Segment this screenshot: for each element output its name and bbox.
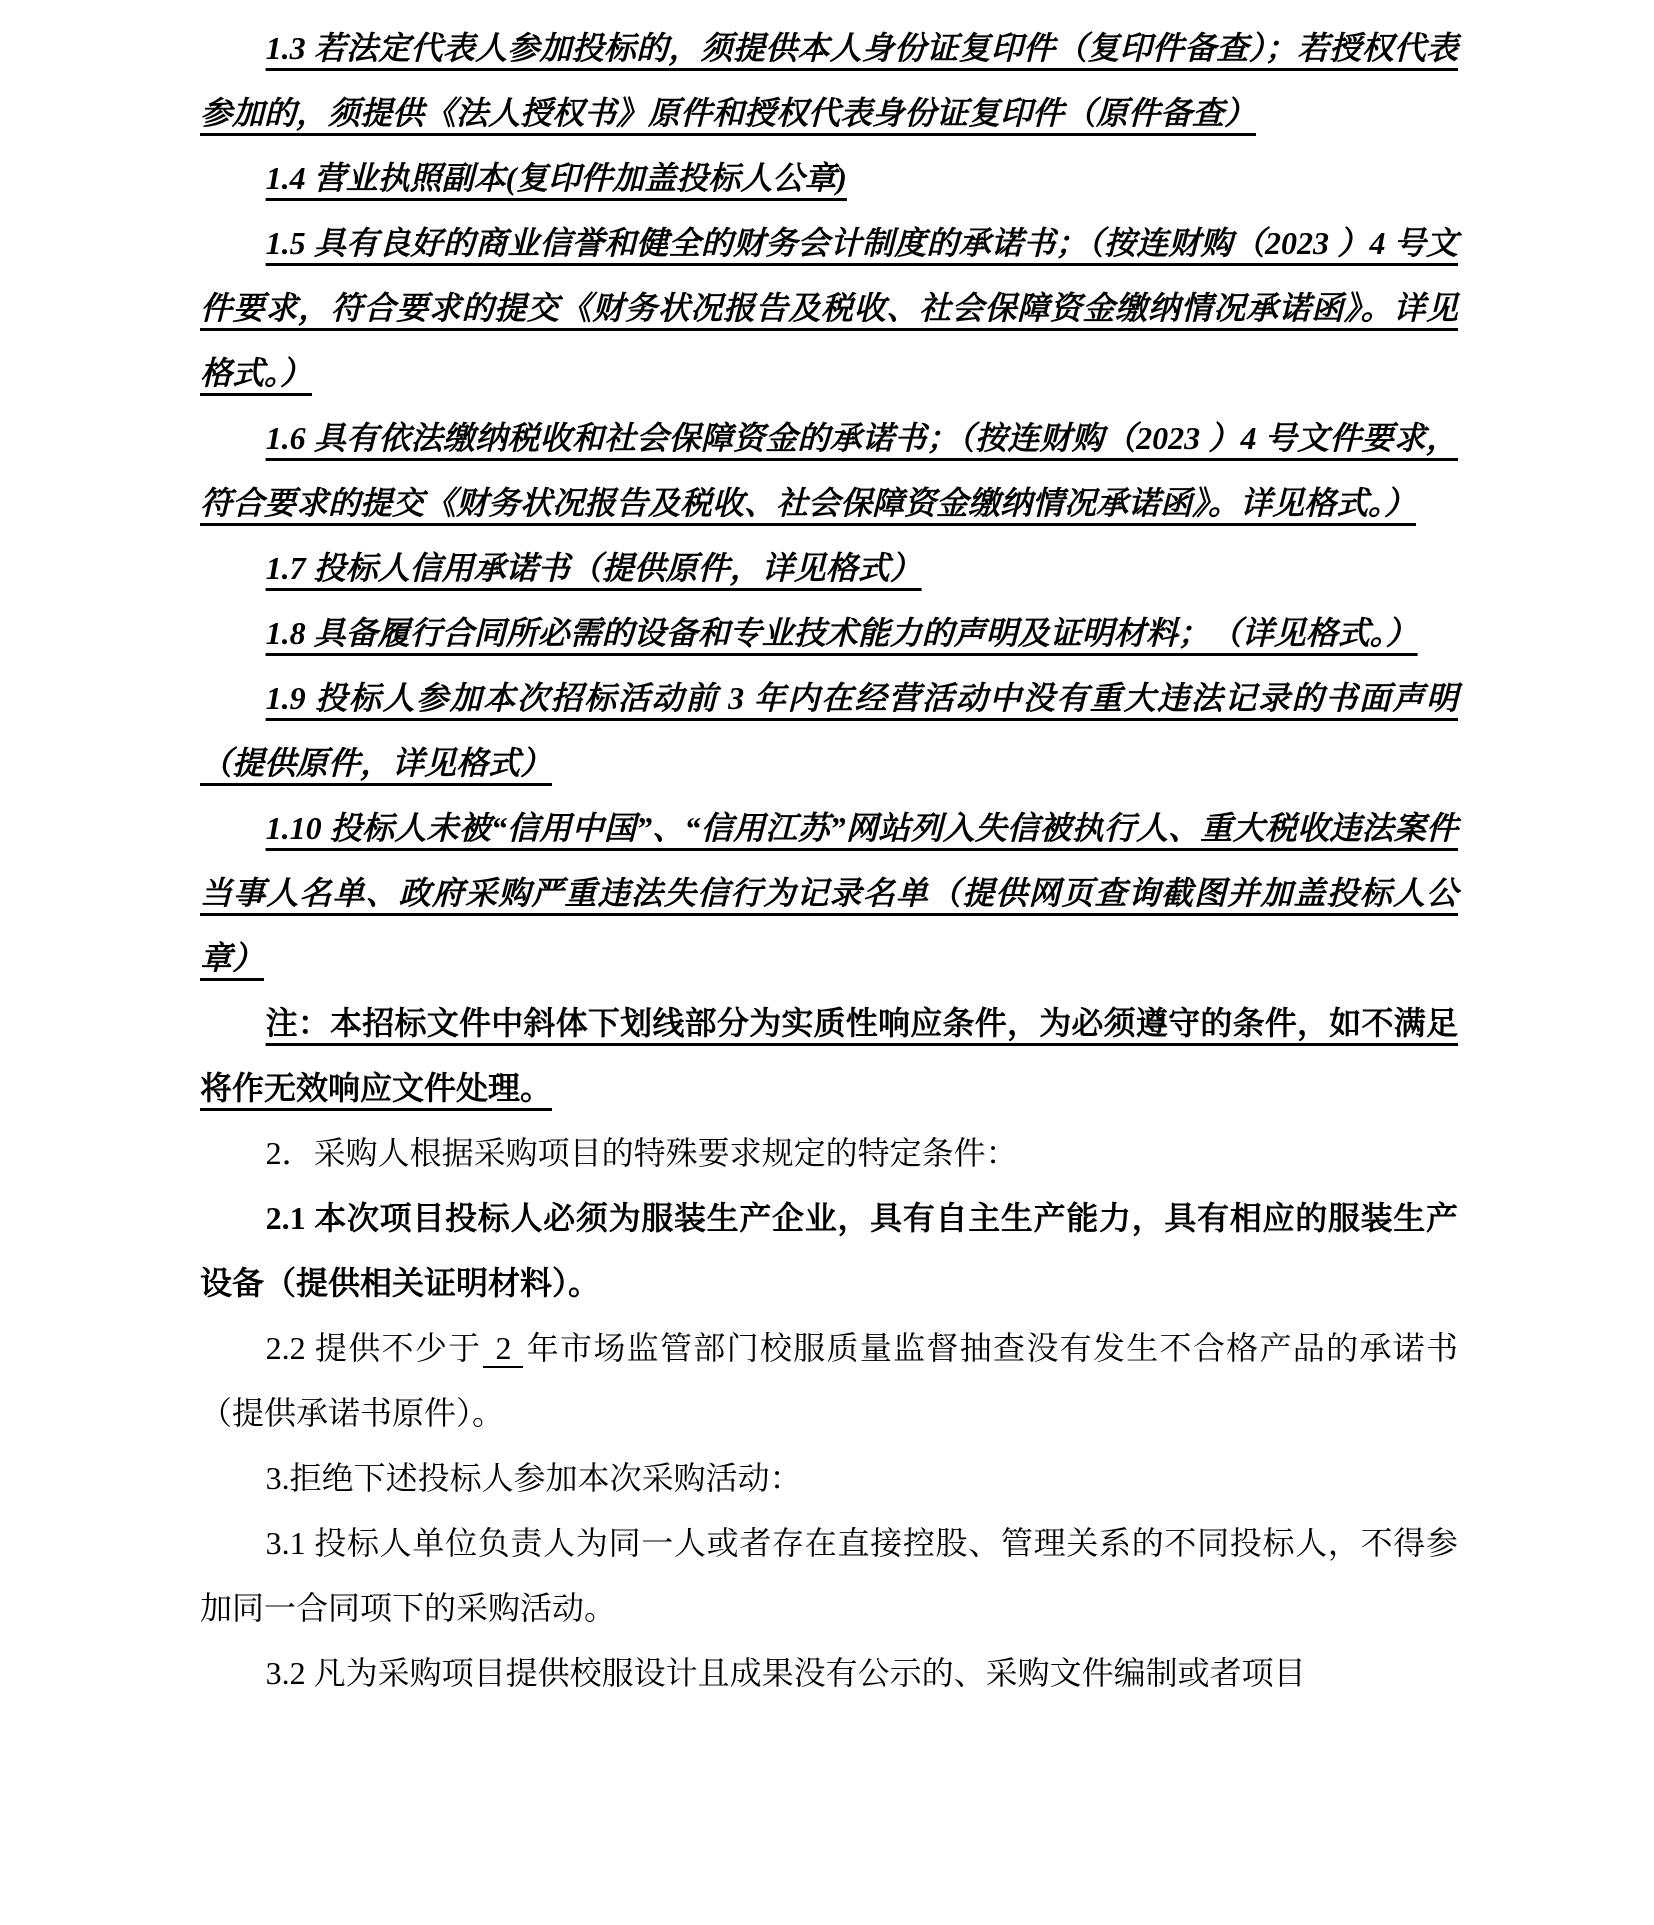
paragraph-1-9: 1.9 投标人参加本次招标活动前 3 年内在经营活动中没有重大违法记录的书面声明… — [200, 666, 1458, 796]
paragraph-1-4: 1.4 营业执照副本(复印件加盖投标人公章) — [200, 146, 1458, 211]
paragraph-1-8: 1.8 具备履行合同所必需的设备和专业技术能力的声明及证明材料； （详见格式。） — [200, 601, 1458, 666]
paragraph-1-7: 1.7 投标人信用承诺书（提供原件，详见格式） — [200, 536, 1458, 601]
note-paragraph: 注：本招标文件中斜体下划线部分为实质性响应条件，为必须遵守的条件，如不满足将作无… — [200, 991, 1458, 1121]
paragraph-2-2-prefix: 2.2 提供不少于 — [266, 1330, 482, 1366]
filled-blank-value: 2 — [483, 1330, 523, 1368]
paragraph-1-6: 1.6 具有依法缴纳税收和社会保障资金的承诺书；（按连财购（2023 ）4 号文… — [200, 406, 1458, 536]
paragraph-3-2: 3.2 凡为采购项目提供校服设计且成果没有公示的、采购文件编制或者项目 — [200, 1641, 1458, 1706]
paragraph-1-10: 1.10 投标人未被“信用中国”、“信用江苏”网站列入失信被执行人、重大税收违法… — [200, 796, 1458, 991]
paragraph-2-2: 2.2 提供不少于2年市场监管部门校服质量监督抽查没有发生不合格产品的承诺书（提… — [200, 1316, 1458, 1446]
paragraph-1-5: 1.5 具有良好的商业信誉和健全的财务会计制度的承诺书；（按连财购（2023 ）… — [200, 211, 1458, 406]
paragraph-2-1: 2.1 本次项目投标人必须为服装生产企业，具有自主生产能力，具有相应的服装生产设… — [200, 1186, 1458, 1316]
paragraph-3-1: 3.1 投标人单位负责人为同一人或者存在直接控股、管理关系的不同投标人，不得参加… — [200, 1511, 1458, 1641]
paragraph-2: 2．采购人根据采购项目的特殊要求规定的特定条件： — [200, 1121, 1458, 1186]
paragraph-3: 3.拒绝下述投标人参加本次采购活动： — [200, 1446, 1458, 1511]
document-page: 1.3 若法定代表人参加投标的，须提供本人身份证复印件（复印件备查）；若授权代表… — [0, 0, 1654, 1925]
paragraph-1-3: 1.3 若法定代表人参加投标的，须提供本人身份证复印件（复印件备查）；若授权代表… — [200, 16, 1458, 146]
